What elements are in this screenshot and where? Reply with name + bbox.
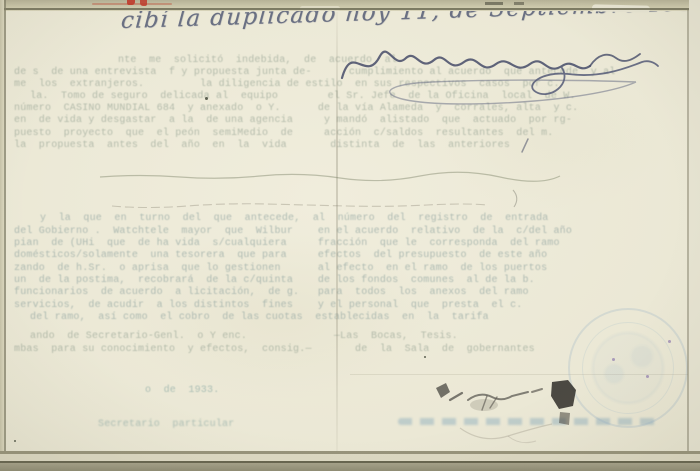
ink-speck xyxy=(612,358,615,361)
typed-line: ando de Secretario-Genl. o Y enc. —Las B… xyxy=(30,331,458,342)
ink-speck xyxy=(646,375,649,378)
typed-date-fragment: o de 1933. xyxy=(145,385,219,396)
page-bottom-edge-strip xyxy=(0,454,700,461)
paper-speck xyxy=(14,440,16,442)
page-left-edge-line xyxy=(4,0,6,471)
top-edge-ink-dash xyxy=(514,2,524,5)
red-ink-smear xyxy=(92,3,172,5)
signature xyxy=(336,24,666,108)
typed-line: pian de (UHi que de ha vida s/cualquiera… xyxy=(14,238,560,249)
signature-flourish xyxy=(390,80,636,104)
typed-secretary-fragment: Secretario particular xyxy=(98,419,234,430)
typed-line: domésticos/solamente una tesorera que pa… xyxy=(14,250,547,261)
scanned-document-page: nte me solicitó indebida, de acuerdo al … xyxy=(0,0,700,471)
typed-line: y la que en turno del que antecede, al n… xyxy=(40,213,548,224)
typed-line: la propuesta antes del año en la vida di… xyxy=(14,140,510,151)
typed-line: en de vida y desgastar a la de una agenc… xyxy=(14,115,572,126)
top-edge-ink-dash xyxy=(485,2,503,5)
page-top-edge-line xyxy=(0,8,700,10)
typed-line: funcionarios de acuerdo a licitación, de… xyxy=(14,287,529,298)
typed-line: del ramo, así como el cobro de las cuota… xyxy=(30,312,489,323)
background-band xyxy=(0,463,700,471)
typed-line: servicios, de acudir a los distintos fin… xyxy=(14,300,522,311)
pencil-smudge xyxy=(424,372,604,452)
paper-speck xyxy=(424,356,426,358)
typed-line: puesto proyecto que el peón semiMedio de… xyxy=(14,128,554,139)
typed-line: zando de h.Sr. o aprisa que lo gestionen… xyxy=(14,263,547,274)
typed-line: del Gobierno . Watchtele mayor que Wilbu… xyxy=(14,226,572,237)
paper-speck xyxy=(205,97,208,100)
typed-line: un de la postima, recobrará de la c/quin… xyxy=(14,275,535,286)
typed-line: mbas para su conocimiento y efectos, con… xyxy=(14,344,535,355)
page-right-margin xyxy=(689,0,700,471)
ink-speck xyxy=(668,340,671,343)
